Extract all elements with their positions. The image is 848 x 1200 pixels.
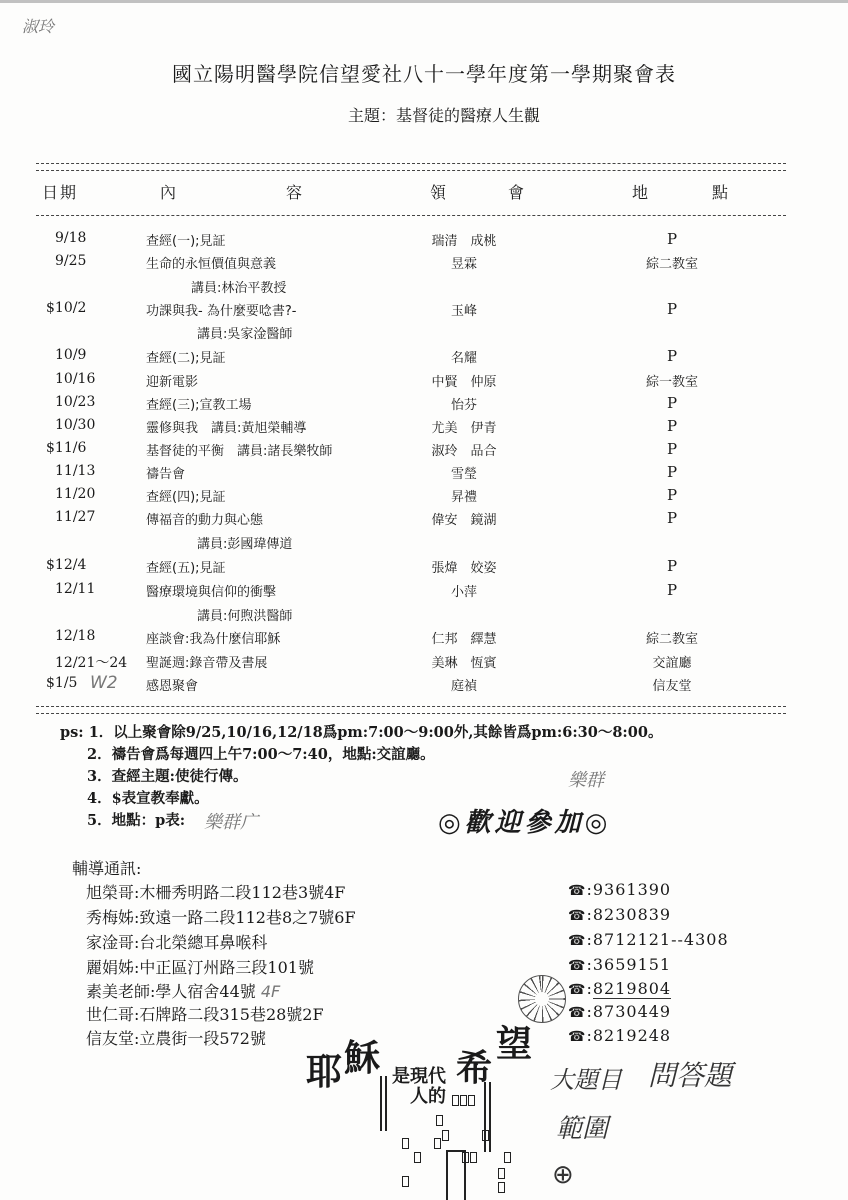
dashed-rule xyxy=(36,215,786,216)
document-title: 國立陽明醫學院信望愛社八十一學年度第一學期聚會表 xyxy=(0,58,848,87)
row-leader: 昱霖 xyxy=(384,253,544,272)
row-content: 查經(四);見証 xyxy=(146,486,226,505)
window-shape xyxy=(498,1182,505,1193)
logo-pillar xyxy=(484,1082,491,1152)
notes-prefix: ps: xyxy=(60,724,84,741)
row-date: $11/6 xyxy=(46,440,86,456)
row-content: 基督徒的平衡 講員:諸長樂牧師 xyxy=(146,440,332,459)
row-content: 感恩聚會 xyxy=(146,675,198,694)
contact-entry: 素美老師:學人宿舍44號 4F xyxy=(86,979,280,1002)
row-place: P xyxy=(612,581,732,599)
table-row: 11/13 禱告會 雪瑩 P xyxy=(0,463,848,483)
handwritten-note: 問答題 xyxy=(648,1054,732,1094)
handwritten-note: 樂群广 xyxy=(204,808,258,834)
phone-icon: ☎ xyxy=(568,1029,586,1045)
handwritten-note: ⊕ xyxy=(552,1160,574,1190)
table-row: 9/25 生命的永恒價值與意義 昱霖 綜二教室 xyxy=(0,253,848,273)
row-content: 查經(一);見証 xyxy=(146,230,226,249)
row-speaker: 講員:彭國瑋傳道 xyxy=(197,533,292,552)
row-place: 綜二教室 xyxy=(612,253,732,272)
row-leader: 尤美 伊青 xyxy=(384,417,544,436)
phone-icon: ☎ xyxy=(568,1005,586,1021)
contacts-title: 輔導通訊: xyxy=(72,856,141,879)
row-leader: 名耀 xyxy=(384,347,544,366)
table-row: 12/18 座談會:我為什麼信耶穌 仁邦 繹慧 綜二教室 xyxy=(0,628,848,648)
row-speaker: 講員:吳家淦醫師 xyxy=(197,323,292,342)
header-date: 日期 xyxy=(42,180,78,203)
table-row: $1/5 W2 感恩聚會 庭禎 信友堂 xyxy=(0,675,848,695)
row-leader: 怡芬 xyxy=(384,394,544,413)
row-place: P xyxy=(612,557,732,575)
double-dashed-rule xyxy=(36,163,786,171)
contact-entry: 麗娟姊:中正區汀州路三段101號 xyxy=(86,955,314,978)
row-date: 12/21～24 xyxy=(55,652,127,672)
phone-icon: ☎ xyxy=(568,908,586,924)
handwritten-name-note: 淑玲 xyxy=(22,14,54,37)
table-row: 10/30 靈修與我 講員:黃旭榮輔導 尤美 伊青 P xyxy=(0,417,848,437)
row-content: 查經(三);宣教工場 xyxy=(146,394,252,413)
table-row: $12/4 查經(五);見証 張煒 姣姿 P xyxy=(0,557,848,577)
window-shape xyxy=(452,1095,459,1106)
header-place-2: 點 xyxy=(712,180,730,203)
contact-phone: ☎:8230839 xyxy=(568,905,671,924)
table-row: $10/2 功課與我- 為什麼要唸書?- 玉峰 P xyxy=(0,300,848,320)
row-leader: 玉峰 xyxy=(384,300,544,319)
row-content: 生命的永恒價值與意義 xyxy=(146,253,276,272)
contact-phone: ☎:8219248 xyxy=(568,1026,671,1045)
window-shape xyxy=(402,1176,409,1187)
welcome-banner: ◎歡迎參加◎ xyxy=(438,802,611,839)
row-place: 信友堂 xyxy=(612,675,732,694)
logo-char: 耶 xyxy=(306,1044,342,1095)
handwritten-annotation: W2 xyxy=(90,673,118,693)
row-place: P xyxy=(612,509,732,527)
row-leader: 美琳 恆賓 xyxy=(384,652,544,671)
contact-phone: ☎:9361390 xyxy=(568,880,671,899)
row-place: 綜一教室 xyxy=(612,371,732,390)
header-content-1: 內 xyxy=(160,180,178,203)
row-place: P xyxy=(612,440,732,458)
handwritten-note: 樂群 xyxy=(568,766,604,792)
table-row: 10/16 迎新電影 中賢 仲原 綜一教室 xyxy=(0,371,848,391)
row-leader: 庭禎 xyxy=(384,675,544,694)
contact-entry: 世仁哥:石牌路二段315巷28號2F xyxy=(86,1002,324,1025)
row-leader: 中賢 仲原 xyxy=(384,371,544,390)
row-content: 禱告會 xyxy=(146,463,185,482)
table-row-speaker: 講員:吳家淦醫師 xyxy=(0,323,848,343)
contact-phone: ☎:8712121--4308 xyxy=(568,930,729,949)
row-place: P xyxy=(612,463,732,481)
row-place: P xyxy=(612,300,732,318)
row-leader: 昇禮 xyxy=(384,486,544,505)
logo-char: 望 xyxy=(496,1016,532,1067)
scan-edge xyxy=(0,0,848,3)
window-shape xyxy=(434,1138,441,1149)
table-row-speaker: 講員:何煦洪醫師 xyxy=(0,605,848,625)
row-date: 9/25 xyxy=(55,253,86,269)
window-shape xyxy=(468,1095,475,1106)
row-date: 11/20 xyxy=(55,486,95,502)
handwritten-annotation: 4F xyxy=(261,982,280,1001)
contact-entry: 家淦哥:台北榮總耳鼻喉科 xyxy=(86,930,267,953)
row-date: $1/5 xyxy=(46,675,77,691)
row-date: 10/23 xyxy=(55,394,95,410)
contact-entry: 信友堂:立農街一段572號 xyxy=(86,1026,266,1049)
window-shape xyxy=(402,1138,409,1149)
contact-phone: ☎:8219804 xyxy=(568,979,671,998)
row-content: 座談會:我為什麼信耶穌 xyxy=(146,628,280,647)
row-date: 10/30 xyxy=(55,417,95,433)
table-row: 10/23 查經(三);宣教工場 怡芬 P xyxy=(0,394,848,414)
row-date: 12/18 xyxy=(55,628,95,644)
table-row: $11/6 基督徒的平衡 講員:諸長樂牧師 淑玲 品合 P xyxy=(0,440,848,460)
row-content: 靈修與我 講員:黃旭榮輔導 xyxy=(146,417,306,436)
note-1: ps: 1．以上聚會除9/25,10/16,12/18爲pm:7:00～9:00… xyxy=(60,722,662,744)
header-leader-1: 領 xyxy=(430,180,448,203)
phone-icon: ☎ xyxy=(568,933,586,949)
row-date: 11/27 xyxy=(55,509,95,525)
row-place: P xyxy=(612,347,732,365)
row-date: $10/2 xyxy=(46,300,86,316)
row-place: P xyxy=(612,486,732,504)
row-date: 12/11 xyxy=(55,581,95,597)
row-leader: 瑞清 成桃 xyxy=(384,230,544,249)
handwritten-note: 大題目 xyxy=(550,1060,622,1095)
contact-phone: ☎:8730449 xyxy=(568,1002,671,1021)
row-place: 綜二教室 xyxy=(612,628,732,647)
row-leader: 雪瑩 xyxy=(384,463,544,482)
contact-phone: ☎:3659151 xyxy=(568,955,671,974)
window-shape xyxy=(498,1168,505,1179)
row-content: 查經(五);見証 xyxy=(146,557,226,576)
table-row: 12/11 醫療環境與信仰的衝擊 小萍 P xyxy=(0,581,848,601)
row-content: 功課與我- 為什麼要唸書?- xyxy=(146,300,296,319)
window-shape xyxy=(470,1152,477,1163)
row-date: 10/16 xyxy=(55,371,95,387)
row-leader: 小萍 xyxy=(384,581,544,600)
double-dashed-rule xyxy=(36,706,786,714)
handwritten-note: 範圍 xyxy=(556,1108,608,1145)
row-content: 聖誕週:錄音帶及書展 xyxy=(146,652,267,671)
table-row: 11/27 傳福音的動力與心態 偉安 鏡湖 P xyxy=(0,509,848,529)
row-leader: 仁邦 繹慧 xyxy=(384,628,544,647)
logo-text: 人的 xyxy=(410,1082,446,1108)
window-shape xyxy=(414,1152,421,1163)
logo-char: 穌 xyxy=(344,1030,380,1081)
phone-icon: ☎ xyxy=(568,958,586,974)
row-leader: 張煒 姣姿 xyxy=(384,557,544,576)
row-leader: 淑玲 品合 xyxy=(384,440,544,459)
table-row-speaker: 講員:林治平教授 xyxy=(0,277,848,297)
row-content: 迎新電影 xyxy=(146,371,198,390)
window-shape xyxy=(442,1130,449,1141)
row-date: 11/13 xyxy=(55,463,95,479)
window-shape xyxy=(462,1152,469,1163)
table-row: 12/21～24 聖誕週:錄音帶及書展 美琳 恆賓 交誼廳 xyxy=(0,652,848,672)
row-content: 查經(二);見証 xyxy=(146,347,226,366)
row-content: 醫療環境與信仰的衝擊 xyxy=(146,581,276,600)
table-row: 10/9 查經(二);見証 名耀 P xyxy=(0,347,848,367)
header-leader-2: 會 xyxy=(508,180,526,203)
contact-entry: 旭榮哥:木柵秀明路二段112巷3號4F xyxy=(86,880,345,903)
row-leader: 偉安 鏡湖 xyxy=(384,509,544,528)
row-speaker: 講員:林治平教授 xyxy=(191,277,286,296)
contact-entry: 秀梅姊:致遠一路二段112巷8之7號6F xyxy=(86,905,356,928)
row-place: P xyxy=(612,230,732,248)
document-subtitle: 主題：基督徒的醫療人生觀 xyxy=(0,103,848,126)
table-row: 11/20 查經(四);見証 昇禮 P xyxy=(0,486,848,506)
logo-pillar xyxy=(380,1076,387,1131)
note-2: 2．禱告會爲每週四上午7:00～7:40，地點:交誼廳。 xyxy=(60,744,662,766)
window-shape xyxy=(436,1115,443,1126)
window-shape xyxy=(482,1130,489,1141)
row-place: P xyxy=(612,417,732,435)
table-row: 9/18 查經(一);見証 瑞清 成桃 P xyxy=(0,230,848,250)
phone-icon: ☎ xyxy=(568,982,586,998)
header-content-2: 容 xyxy=(286,180,304,203)
row-date: 10/9 xyxy=(55,347,86,363)
row-place: 交誼廳 xyxy=(612,652,732,671)
window-shape xyxy=(504,1152,511,1163)
table-row-speaker: 講員:彭國瑋傳道 xyxy=(0,533,848,553)
header-place-1: 地 xyxy=(632,180,650,203)
row-date: $12/4 xyxy=(46,557,86,573)
window-shape xyxy=(460,1095,467,1106)
row-date: 9/18 xyxy=(55,230,86,246)
row-place: P xyxy=(612,394,732,412)
row-speaker: 講員:何煦洪醫師 xyxy=(197,605,292,624)
phone-icon: ☎ xyxy=(568,883,586,899)
row-content: 傳福音的動力與心態 xyxy=(146,509,263,528)
